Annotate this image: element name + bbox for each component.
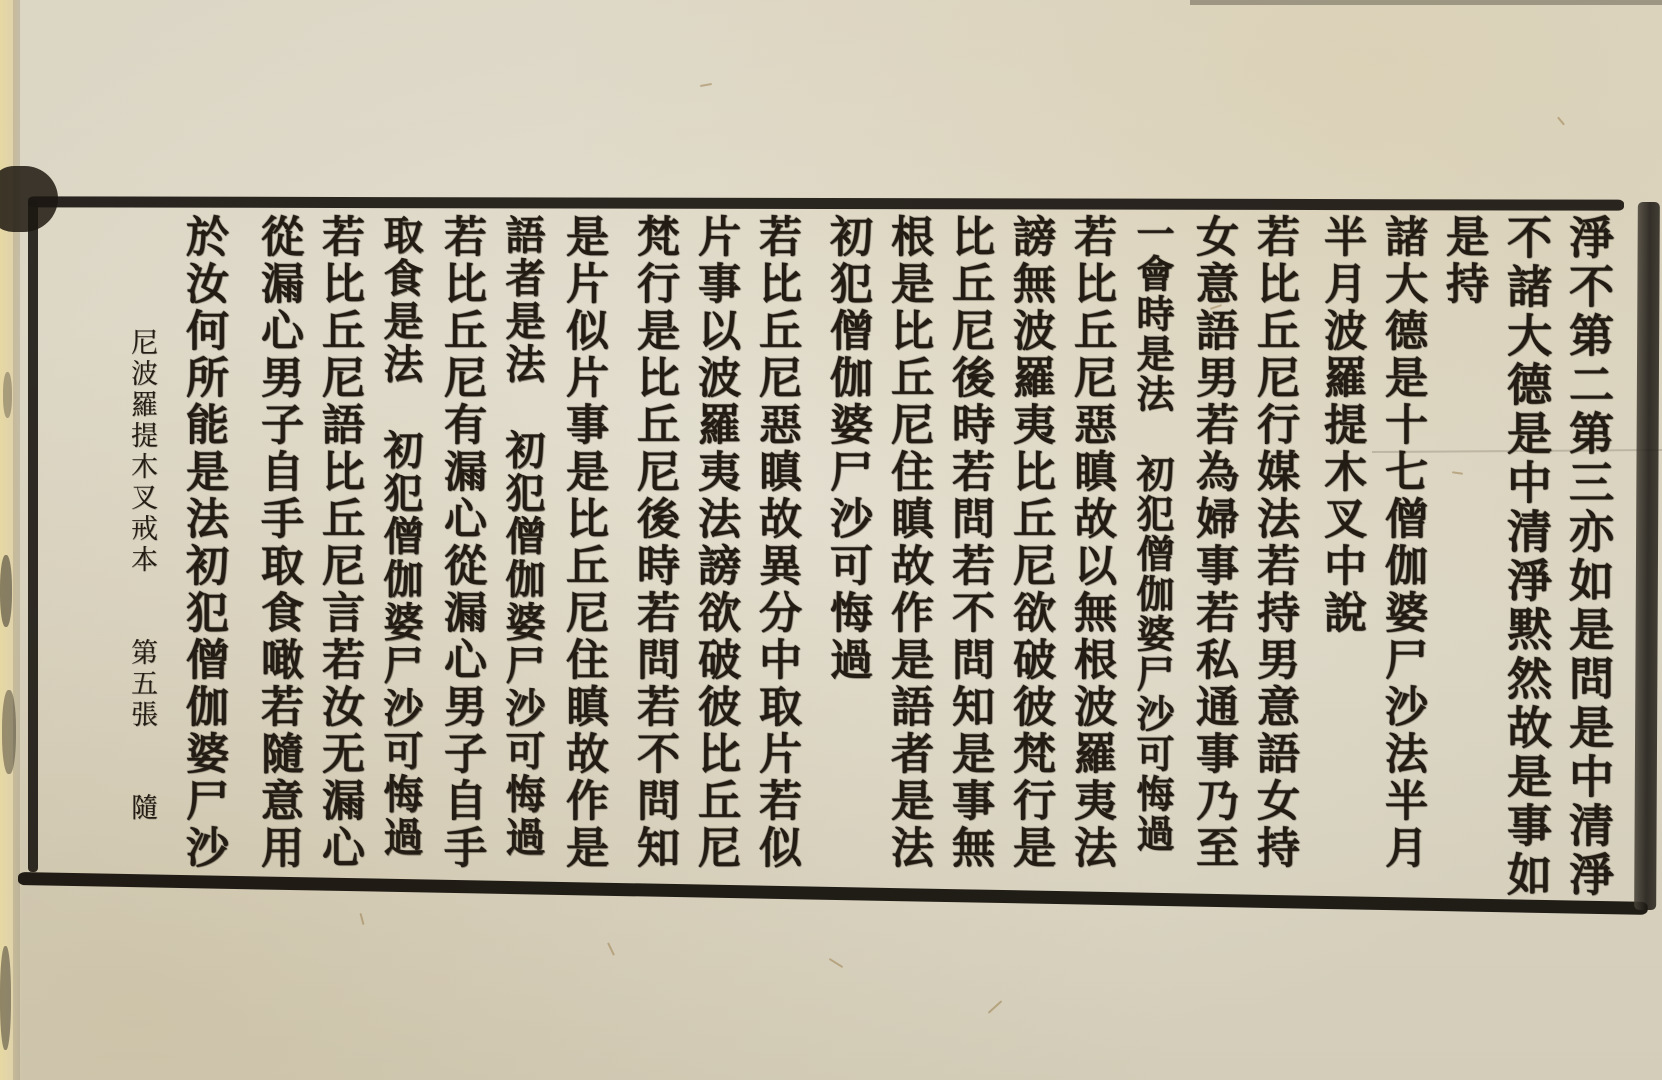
text-column: 一會時是法 初犯僧伽婆尸沙可悔過 [1122, 214, 1183, 924]
text-column: 是片似片事是比丘尼住瞋故作是 [553, 214, 614, 924]
edge-smudge [2, 690, 16, 774]
text-column: 片事以波羅夷法謗欲破彼比丘尼 [685, 214, 746, 924]
frame-border-left [28, 200, 38, 872]
text-column: 若比丘尼惡瞋故異分中取片若似 [746, 214, 807, 924]
edge-smudge [3, 372, 12, 418]
text-column: 若比丘尼行媒法若持男意語女持 [1244, 214, 1305, 924]
edge-smudge [0, 946, 11, 1050]
colophon-column: 尼波羅提木叉戒本 第五張 隨 [115, 214, 167, 924]
edge-smudge [0, 555, 12, 627]
text-column: 從漏心男子自手取食噉若隨意用 [248, 214, 309, 924]
text-column: 於汝何所能是法初犯僧伽婆尸沙 [173, 214, 234, 924]
text-column: 淨不第二第三亦如是問是中清淨 [1556, 214, 1618, 924]
frame-border-right [1634, 202, 1660, 910]
paper-fleck [607, 942, 615, 955]
text-column: 不諸大德是中清淨黙然故是事如 [1494, 214, 1556, 924]
text-column: 初犯僧伽婆尸沙可悔過 [817, 214, 878, 924]
text-column: 謗無波羅夷比丘尼欲破彼梵行是 [1000, 214, 1061, 924]
binding-shadow [13, 0, 20, 1080]
text-column: 若比丘尼語比丘尼言若汝无漏心 [309, 214, 370, 924]
text-column: 根是比丘尼住瞋故作是語者是法 [878, 214, 939, 924]
text-column: 是持 [1433, 214, 1494, 924]
text-column: 諸大德是十七僧伽婆尸沙法半月 [1372, 214, 1433, 924]
text-column: 語者是法 初犯僧伽婆尸沙可悔過 [492, 214, 553, 924]
paper-fleck [829, 958, 844, 968]
paper-fleck [988, 1000, 1003, 1014]
text-column: 若比丘尼有漏心從漏心男子自手 [431, 214, 492, 924]
manuscript-page: 淨不第二第三亦如是問是中清淨不諸大德是中清淨黙然故是事如是持諸大德是十七僧伽婆尸… [0, 0, 1662, 1080]
paper-fleck [1557, 117, 1565, 126]
text-column: 取食是法 初犯僧伽婆尸沙可悔過 [370, 214, 431, 924]
text-column: 女意語男若為婦事若私通事乃至 [1183, 214, 1244, 924]
text-column: 半月波羅提木叉中說 [1311, 214, 1372, 924]
frame-border-top [28, 196, 1624, 210]
text-columns: 淨不第二第三亦如是問是中清淨不諸大德是中清淨黙然故是事如是持諸大德是十七僧伽婆尸… [40, 214, 1618, 924]
page-top-edge-line [1190, 0, 1662, 5]
text-column: 梵行是比丘尼後時若問若不問知 [624, 214, 685, 924]
paper-fleck [700, 83, 712, 87]
text-column: 若比丘尼惡瞋故以無根波羅夷法 [1061, 214, 1122, 924]
text-column: 比丘尼後時若問若不問知是事無 [939, 214, 1000, 924]
